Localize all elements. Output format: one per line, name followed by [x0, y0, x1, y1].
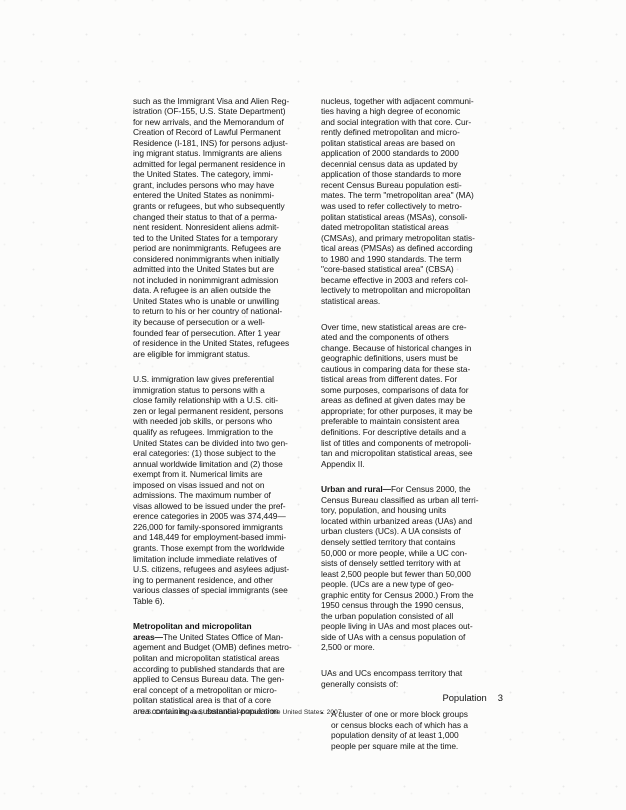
section-heading-urban-and-rural: Urban and rural— [321, 484, 391, 494]
paragraph: Urban and rural—For Census 2000, the Cen… [321, 484, 503, 653]
document-page: such as the Immigrant Visa and Alien Reg… [0, 0, 626, 810]
paragraph: nucleus, together with adjacent communi-… [321, 96, 503, 307]
list-item: ▪ A cluster of one or more block groups … [321, 709, 503, 751]
paragraph: Over time, new statistical areas are cre… [321, 322, 503, 470]
footer-page-number: 3 [498, 692, 503, 703]
text-column-right: nucleus, together with adjacent communi-… [321, 85, 503, 762]
paragraph: such as the Immigrant Visa and Alien Reg… [133, 96, 315, 360]
page-footer: Population3 [321, 692, 503, 703]
paragraph: U.S. immigration law gives preferential … [133, 374, 315, 606]
bullet-text: A cluster of one or more block groups or… [331, 709, 468, 751]
footer-citation: U.S. Census Bureau, Statistical Abstract… [140, 709, 342, 716]
paragraph: UAs and UCs encompass territory that gen… [321, 668, 503, 689]
footer-section-label: Population [442, 692, 486, 703]
paragraph-text: For Census 2000, the Census Bureau class… [321, 484, 478, 652]
paragraph: Metropolitan and micropolitan areas—The … [133, 621, 315, 716]
paragraph-text: The United States Office of Man- agement… [133, 632, 292, 716]
text-column-left: such as the Immigrant Visa and Alien Reg… [133, 85, 315, 731]
